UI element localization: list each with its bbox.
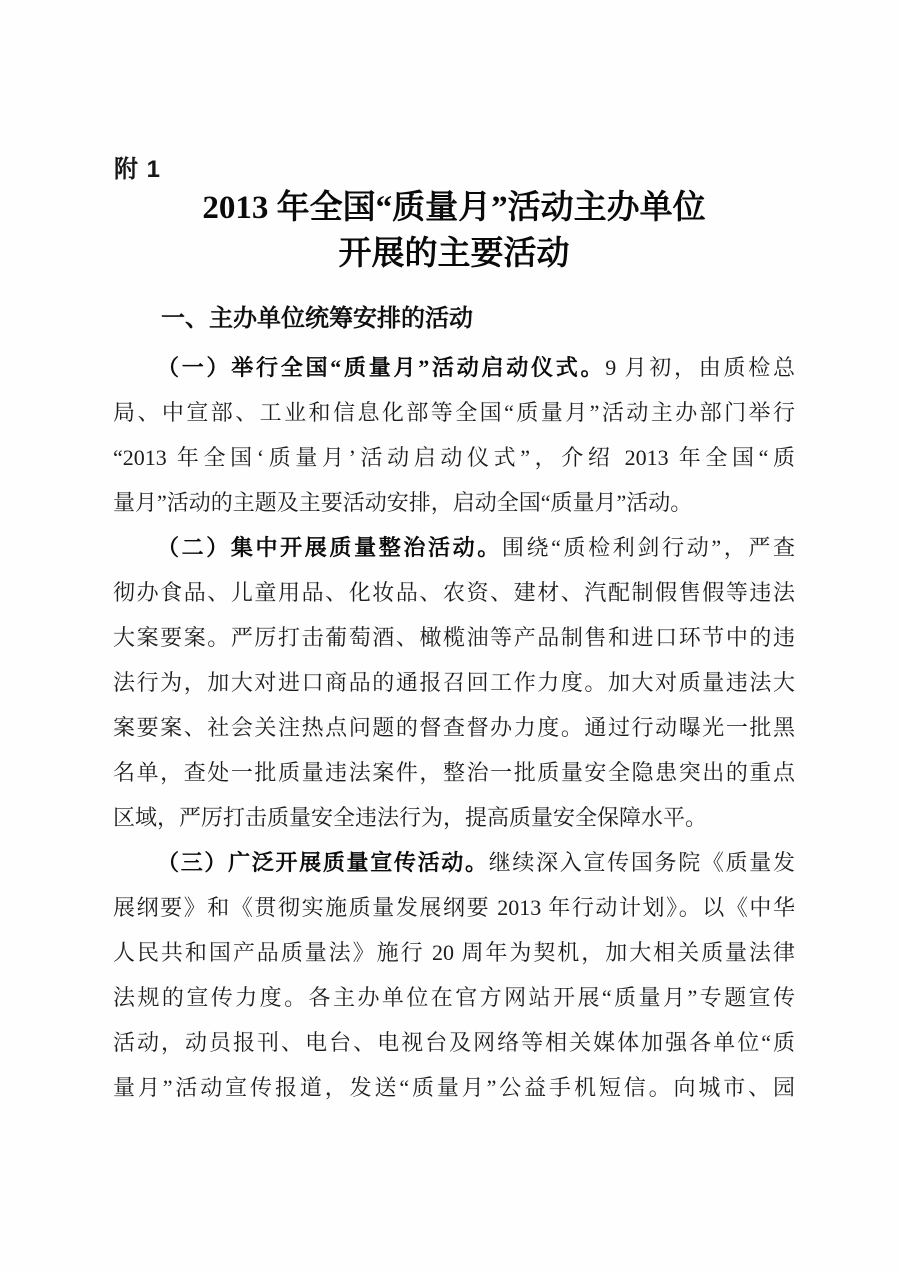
- paragraph-lead-text: （一）举行全国“质量月”活动启动仪式。: [157, 355, 605, 380]
- body-line: 名单，查处一批质量违法案件，整治一批质量安全隐患突出的重点: [113, 750, 795, 795]
- body-line: （二）集中开展质量整治活动。围绕“质检利剑行动”，严查: [113, 525, 795, 570]
- body-line: 法行为，加大对进口商品的通报召回工作力度。加大对质量违法大: [113, 660, 795, 705]
- paragraph-text: 区域，严厉打击质量安全违法行为，提高质量安全保障水平。: [113, 805, 707, 830]
- body-line: （一）举行全国“质量月”活动启动仪式。9 月初，由质检总: [113, 345, 795, 390]
- paragraph-text: 法行为，加大对进口商品的通报召回工作力度。加大对质量违法大: [113, 670, 795, 695]
- body-line: 案要案、社会关注热点问题的督查督办力度。通过行动曝光一批黑: [113, 705, 795, 750]
- body-line: 量月”活动宣传报道，发送“质量月”公益手机短信。向城市、园: [113, 1065, 795, 1110]
- paragraph-text: 围绕“质检利剑行动”，严查: [502, 535, 795, 560]
- paragraph-text: 继续深入宣传国务院《质量发: [489, 850, 795, 875]
- paragraph-text: “2013 年全国‘质量月’活动启动仪式”，介绍 2013 年全国“质: [113, 445, 795, 470]
- title-line-2: 开展的主要活动: [113, 231, 795, 277]
- document-body: （一）举行全国“质量月”活动启动仪式。9 月初，由质检总局、中宣部、工业和信息化…: [113, 345, 795, 1110]
- body-line: 彻办食品、儿童用品、化妆品、农资、建材、汽配制假售假等违法: [113, 570, 795, 615]
- paragraph-text: 活动，动员报刊、电台、电视台及网络等相关媒体加强各单位“质: [113, 1030, 795, 1055]
- paragraph-text: 局、中宣部、工业和信息化部等全国“质量月”活动主办部门举行: [113, 400, 795, 425]
- paragraph-text: 9 月初，由质检总: [605, 355, 795, 380]
- paragraph-text: 彻办食品、儿童用品、化妆品、农资、建材、汽配制假售假等违法: [113, 580, 795, 605]
- paragraph-text: 人民共和国产品质量法》施行 20 周年为契机，加大相关质量法律: [113, 940, 795, 965]
- body-line: 大案要案。严厉打击葡萄酒、橄榄油等产品制售和进口环节中的违: [113, 615, 795, 660]
- body-line: 量月”活动的主题及主要活动安排，启动全国“质量月”活动。: [113, 480, 795, 525]
- section-heading: 一、主办单位统筹安排的活动: [113, 299, 795, 339]
- body-line: 局、中宣部、工业和信息化部等全国“质量月”活动主办部门举行: [113, 390, 795, 435]
- paragraph-text: 量月”活动宣传报道，发送“质量月”公益手机短信。向城市、园: [113, 1075, 795, 1100]
- body-line: （三）广泛开展质量宣传活动。继续深入宣传国务院《质量发: [113, 840, 795, 885]
- body-line: “2013 年全国‘质量月’活动启动仪式”，介绍 2013 年全国“质: [113, 435, 795, 480]
- paragraph-text: 名单，查处一批质量违法案件，整治一批质量安全隐患突出的重点: [113, 760, 795, 785]
- paragraph-text: 量月”活动的主题及主要活动安排，启动全国“质量月”活动。: [113, 490, 692, 515]
- attachment-label: 附 1: [114, 155, 161, 185]
- body-line: 法规的宣传力度。各主办单位在官方网站开展“质量月”专题宣传: [113, 975, 795, 1020]
- paragraph-text: 法规的宣传力度。各主办单位在官方网站开展“质量月”专题宣传: [113, 985, 795, 1010]
- body-paragraph: （一）举行全国“质量月”活动启动仪式。9 月初，由质检总局、中宣部、工业和信息化…: [113, 345, 795, 525]
- paragraph-lead-text: （二）集中开展质量整治活动。: [157, 535, 502, 560]
- body-line: 人民共和国产品质量法》施行 20 周年为契机，加大相关质量法律: [113, 930, 795, 975]
- paragraph-text: 大案要案。严厉打击葡萄酒、橄榄油等产品制售和进口环节中的违: [113, 625, 795, 650]
- title-line-1: 2013 年全国“质量月”活动主办单位: [113, 185, 795, 231]
- body-line: 展纲要》和《贯彻实施质量发展纲要 2013 年行动计划》。以《中华: [113, 885, 795, 930]
- body-paragraph: （二）集中开展质量整治活动。围绕“质检利剑行动”，严查彻办食品、儿童用品、化妆品…: [113, 525, 795, 840]
- body-line: 活动，动员报刊、电台、电视台及网络等相关媒体加强各单位“质: [113, 1020, 795, 1065]
- paragraph-text: 展纲要》和《贯彻实施质量发展纲要 2013 年行动计划》。以《中华: [113, 895, 795, 920]
- document-page: 附 1 2013 年全国“质量月”活动主办单位 开展的主要活动 一、主办单位统筹…: [0, 0, 900, 1273]
- body-line: 区域，严厉打击质量安全违法行为，提高质量安全保障水平。: [113, 795, 795, 840]
- body-paragraph: （三）广泛开展质量宣传活动。继续深入宣传国务院《质量发展纲要》和《贯彻实施质量发…: [113, 840, 795, 1110]
- paragraph-text: 案要案、社会关注热点问题的督查督办力度。通过行动曝光一批黑: [113, 715, 795, 740]
- paragraph-lead-text: （三）广泛开展质量宣传活动。: [157, 850, 489, 875]
- document-title: 2013 年全国“质量月”活动主办单位 开展的主要活动: [113, 185, 795, 277]
